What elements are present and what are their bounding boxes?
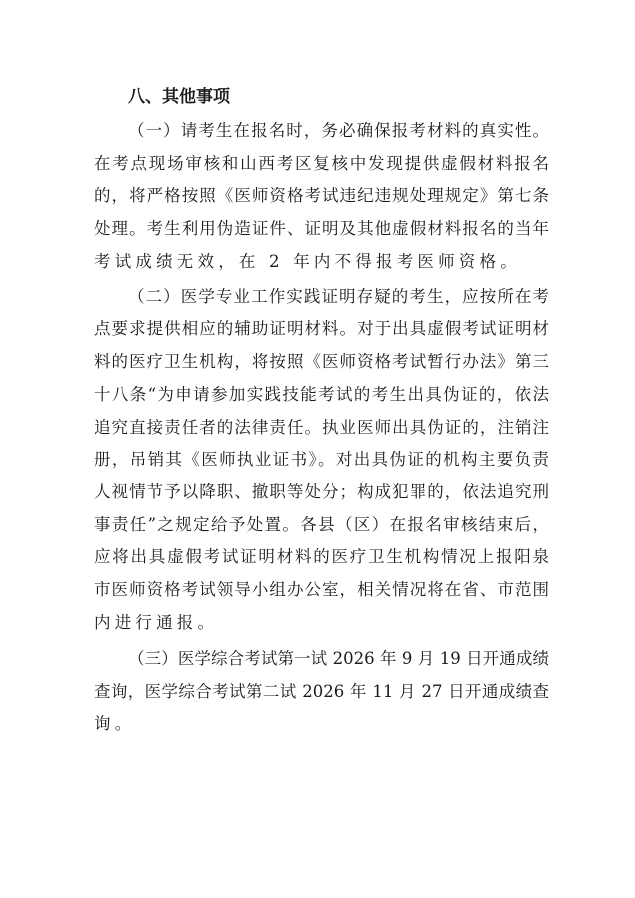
document-page: 八、其他事项 （一）请考生在报名时，务必确保报考材料的真实性。 在考点现场审核和… <box>0 0 635 898</box>
paragraph-2-line-9: 应将出具虚假考试证明材料的医疗卫生机构情况上报阳泉 <box>94 545 549 569</box>
paragraph-1-line-5: 考试成绩无效，在 2 年内不得报考医师资格。 <box>94 250 549 274</box>
paragraph-2-line-2: 点要求提供相应的辅助证明材料。对于出具虚假考试证明材 <box>94 317 549 341</box>
paragraph-1-line-1: （一）请考生在报名时，务必确保报考材料的真实性。 <box>128 119 549 143</box>
paragraph-2-line-10: 市医师资格考试领导小组办公室，相关情况将在省、市范围 <box>94 578 549 602</box>
section-heading: 八、其他事项 <box>128 85 230 109</box>
paragraph-2-line-5: 追究直接责任者的法律责任。执业医师出具伪证的，注销注 <box>94 416 549 440</box>
paragraph-3-line-2: 查询，医学综合考试第二试 2026 年 11 月 27 日开通成绩查 <box>94 680 549 704</box>
paragraph-2-line-4: 十八条“为申请参加实践技能考试的考生出具伪证的，依法 <box>94 383 549 407</box>
paragraph-2-line-6: 册，吊销其《医师执业证书》。对出具伪证的机构主要负责 <box>94 448 549 472</box>
paragraph-2-line-7: 人视情节予以降职、撤职等处分；构成犯罪的，依法追究刑 <box>94 480 549 504</box>
paragraph-3-line-3: 询。 <box>94 712 549 736</box>
paragraph-1-line-4: 处理。考生利用伪造证件、证明及其他虚假材料报名的当年 <box>94 217 549 241</box>
paragraph-2-line-11: 内进行通报。 <box>94 611 549 635</box>
paragraph-2-line-8: 事责任”之规定给予处置。各县（区）在报名审核结束后， <box>94 513 549 537</box>
paragraph-2-line-3: 料的医疗卫生机构，将按照《医师资格考试暂行办法》第三 <box>94 350 549 374</box>
paragraph-3-line-1: （三）医学综合考试第一试 2026 年 9 月 19 日开通成绩 <box>128 647 549 671</box>
paragraph-1-line-3: 的，将严格按照《医师资格考试违纪违规处理规定》第七条 <box>94 184 549 208</box>
paragraph-2-line-1: （二）医学专业工作实践证明存疑的考生，应按所在考 <box>128 285 549 309</box>
paragraph-1-line-2: 在考点现场审核和山西考区复核中发现提供虚假材料报名 <box>94 152 549 176</box>
